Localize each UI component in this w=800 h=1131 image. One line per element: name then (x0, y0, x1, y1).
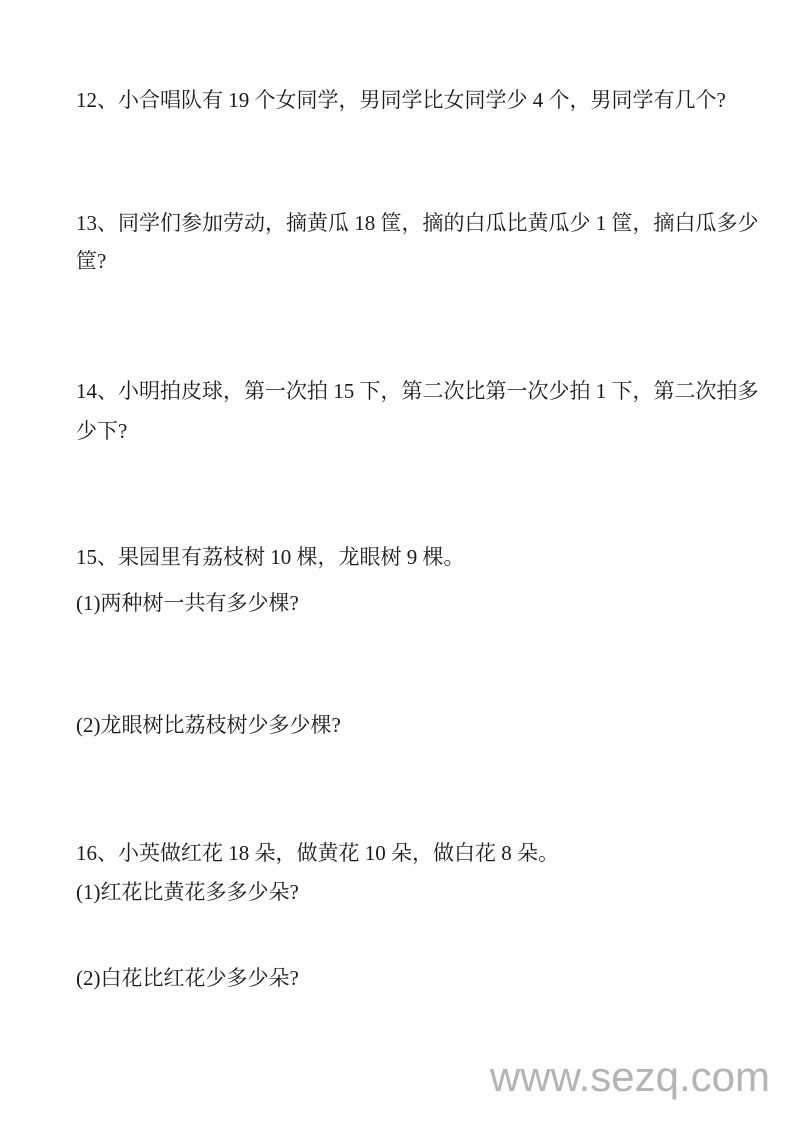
question-15-subquestion-1: (1)两种树一共有多少棵? (76, 591, 760, 615)
question-13-text-line-2: 筐? (76, 249, 760, 273)
question-14-text-line-2: 少下? (76, 419, 760, 443)
question-15-subquestion-2: (2)龙眼树比荔枝树少多少棵? (76, 713, 760, 737)
question-13-text-line-1: 13、同学们参加劳动，摘黄瓜 18 筐，摘的白瓜比黄瓜少 1 筐，摘白瓜多少 (76, 211, 760, 235)
worksheet-page: 12、小合唱队有 19 个女同学，男同学比女同学少 4 个，男同学有几个? 13… (0, 0, 800, 1131)
question-15-intro-text: 15、果园里有荔枝树 10 棵，龙眼树 9 棵。 (76, 545, 760, 569)
question-16-subquestion-1: (1)红花比黄花多多少朵? (76, 880, 760, 904)
question-12-text: 12、小合唱队有 19 个女同学，男同学比女同学少 4 个，男同学有几个? (76, 88, 760, 112)
site-watermark: www.sezq.com (490, 1056, 770, 1098)
question-16-intro-text: 16、小英做红花 18 朵，做黄花 10 朵，做白花 8 朵。 (76, 841, 760, 865)
question-16-subquestion-2: (2)白花比红花少多少朵? (76, 966, 760, 990)
question-14-text-line-1: 14、小明拍皮球，第一次拍 15 下，第二次比第一次少拍 1 下，第二次拍多 (76, 379, 760, 403)
